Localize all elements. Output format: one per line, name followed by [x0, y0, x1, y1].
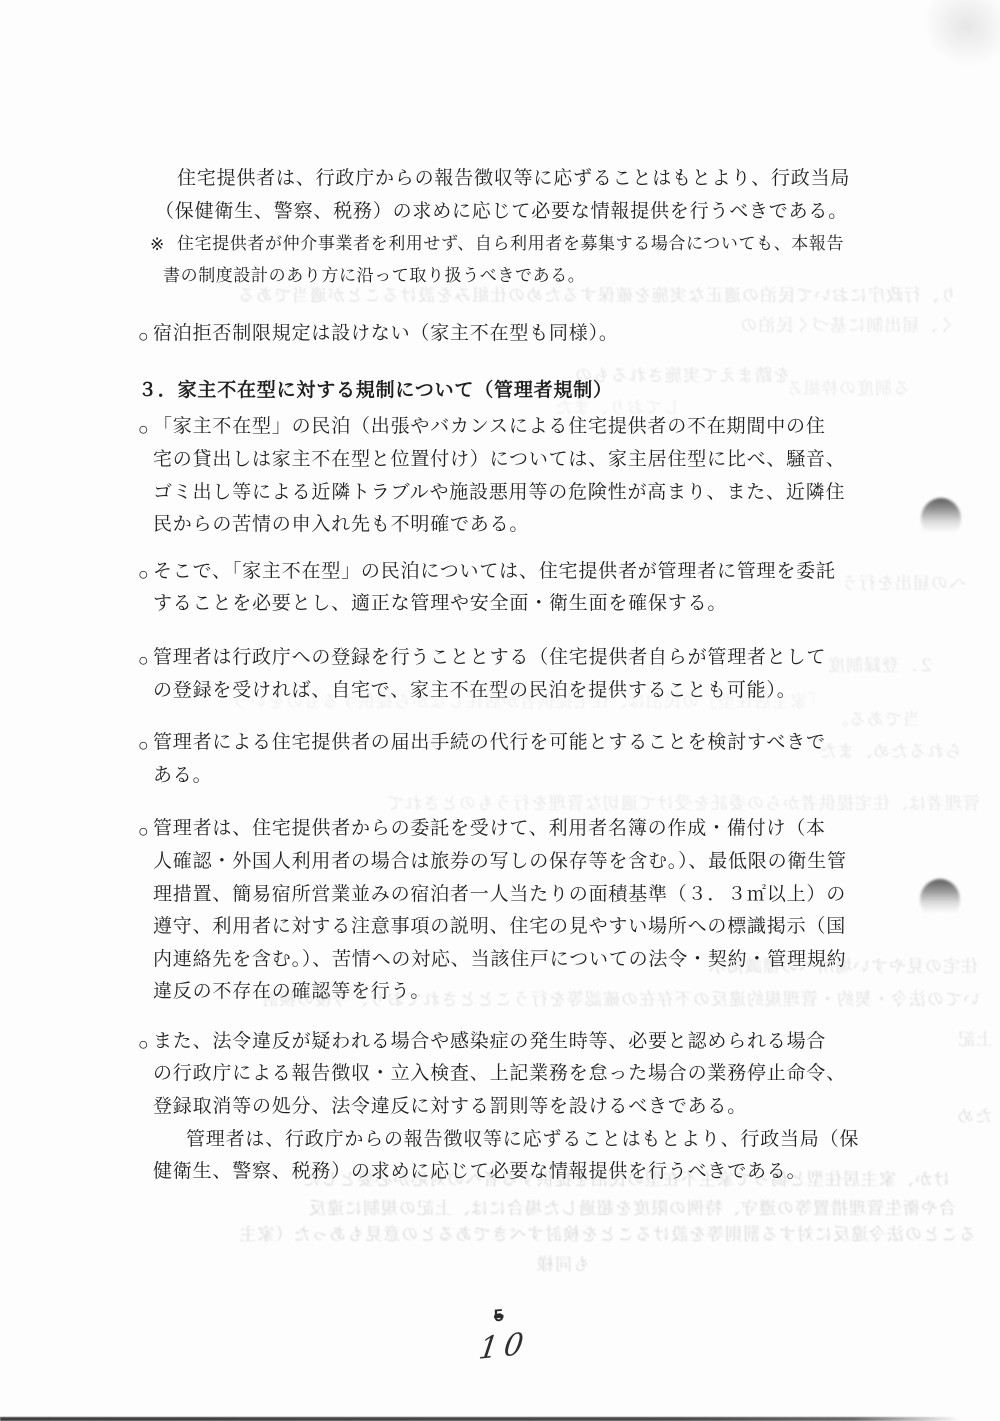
paragraph-block: ○管理者は、住宅提供者からの委託を受けて、利用者名簿の作成・備付け（本人確認・外…	[138, 813, 938, 1009]
paragraph-block: ○また、法令違反が疑われる場合や感染症の発生時等、必要と認められる場合の行政庁に…	[138, 1026, 938, 1189]
bleedthrough-text: も同様	[528, 1250, 590, 1274]
bleedthrough-text: ため	[942, 1102, 992, 1126]
text-line: 宅の貸出しは家主不在型と位置付け）については、家主居住型に比べ、騒音、	[153, 444, 938, 477]
scanned-page: り、行政庁において民泊の適正な実施を確保するための仕組みを設けることが適当である…	[0, 0, 1000, 1421]
text-line: （保健衛生、警察、税務）の求めに応じて必要な情報提供を行うべきである。	[155, 196, 938, 229]
bleedthrough-text: 上記	[938, 1025, 993, 1049]
text-line: 民からの苦情の申入れ先も不明確である。	[153, 509, 938, 542]
text-line: 内連絡先を含む。）、苦情への対応、当該住戸についての法令・契約・管理規約	[153, 944, 938, 977]
text-line: 住宅提供者は、行政庁からの報告徴収等に応ずることはもとより、行政当局	[155, 163, 938, 196]
section-heading: ３．家主不在型に対する規制について（管理者規制）	[138, 375, 938, 408]
text-line: 管理者による住宅提供者の届出手続の代行を可能とすることを検討すべきで	[153, 727, 938, 760]
text-line: 登録取消等の処分、法令違反に対する罰則等を設けるべきである。	[153, 1091, 938, 1124]
text-line: 住宅提供者が仲介事業者を利用せず、自ら利用者を募集する場合についても、本報告	[163, 228, 938, 260]
text-line: 書の制度設計のあり方に沿って取り扱うべきである。	[163, 260, 938, 292]
paragraph-block: 住宅提供者は、行政庁からの報告徴収等に応ずることはもとより、行政当局（保健衛生、…	[138, 163, 938, 228]
bleedthrough-text: 合や衛生管理措置等の遵守、特例の限度を超過した場合には、上記の規制に違反	[124, 1194, 956, 1218]
text-line: ある。	[153, 760, 938, 793]
bullet-marker: ○	[138, 729, 149, 762]
scan-smudge	[911, 0, 1000, 79]
bullet-marker: ○	[138, 413, 149, 446]
bullet-marker: ○	[138, 1028, 149, 1061]
text-line: 管理者は行政庁への登録を行うこととする（住宅提供者自らが管理者として	[153, 642, 938, 675]
text-line: 管理者は、住宅提供者からの委託を受けて、利用者名簿の作成・備付け（本	[153, 813, 938, 846]
handwritten-page-number: 10	[477, 1326, 532, 1367]
bullet-marker: ○	[138, 815, 149, 848]
punch-hole-shadow	[920, 879, 960, 921]
text-line: することを必要とし、適正な管理や安全面・衛生面を確保する。	[153, 588, 938, 621]
punch-hole-shadow	[921, 498, 961, 540]
note-marker: ※	[150, 229, 164, 261]
paragraph-block: ○「家主不在型」の民泊（出張やバカンスによる住宅提供者の不在期間中の住宅の貸出し…	[138, 411, 938, 541]
bleedthrough-text: ることの法令違反に対する罰則等を設けることを検討すべきであるとの意見もあった（家…	[118, 1220, 976, 1244]
text-line: 宿泊拒否制限規定は設けない（家主不在型も同様）。	[153, 318, 938, 351]
text-line: の登録を受ければ、自宅で、家主不在型の民泊を提供することも可能）。	[153, 675, 938, 708]
text-line: ゴミ出し等による近隣トラブルや施設悪用等の危険性が高まり、また、近隣住	[153, 477, 938, 510]
paragraph-block: ○管理者は行政庁への登録を行うこととする（住宅提供者自らが管理者としての登録を受…	[138, 642, 938, 707]
text-line: 人確認・外国人利用者の場合は旅券の写しの保存等を含む。）、最低限の衛生管	[153, 846, 938, 879]
paragraph-block: ※住宅提供者が仲介事業者を利用せず、自ら利用者を募集する場合についても、本報告書…	[138, 228, 938, 292]
text-line: ３．家主不在型に対する規制について（管理者規制）	[138, 375, 938, 408]
text-line: 「家主不在型」の民泊（出張やバカンスによる住宅提供者の不在期間中の住	[153, 411, 938, 444]
paragraph-block: ○そこで、「家主不在型」の民泊については、住宅提供者が管理者に管理を委託すること…	[138, 556, 938, 621]
bullet-marker: ○	[138, 558, 149, 591]
bullet-marker: ○	[138, 320, 149, 353]
text-line: 遵守、利用者に対する注意事項の説明、住宅の見やすい場所への標識掲示（国	[153, 911, 938, 944]
text-line: 理措置、簡易宿所営業並みの宿泊者一人当たりの面積基準（３．３㎡以上）の	[153, 879, 938, 912]
document-body: 住宅提供者は、行政庁からの報告徴収等に応ずることはもとより、行政当局（保健衛生、…	[138, 163, 938, 1189]
printed-page-number-struck: 5	[493, 1306, 504, 1327]
text-line: 健衛生、警察、税務）の求めに応じて必要な情報提供を行うべきである。	[153, 1156, 938, 1189]
text-line: 管理者は、行政庁からの報告徴収等に応ずることはもとより、行政当局（保	[153, 1124, 938, 1157]
paragraph-block: ○管理者による住宅提供者の届出手続の代行を可能とすることを検討すべきである。	[138, 727, 938, 792]
text-line: また、法令違反が疑われる場合や感染症の発生時等、必要と認められる場合	[153, 1026, 938, 1059]
paragraph-block: ○宿泊拒否制限規定は設けない（家主不在型も同様）。	[138, 318, 938, 351]
bullet-marker: ○	[138, 644, 149, 677]
text-line: の行政庁による報告徴収・立入検査、上記業務を怠った場合の業務停止命令、	[153, 1058, 938, 1091]
text-line: 違反の不存在の確認等を行う。	[153, 976, 938, 1009]
scan-edge-shadow	[0, 1417, 970, 1421]
text-line: そこで、「家主不在型」の民泊については、住宅提供者が管理者に管理を委託	[153, 556, 938, 589]
